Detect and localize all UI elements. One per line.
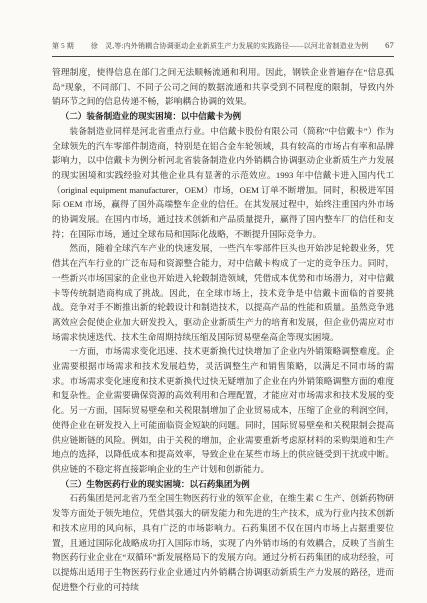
running-title: 徐 灵,等:内外销耦合协调驱动企业新质生产力发展的实践路径——以河北省制造业为例 [88, 41, 371, 51]
body-paragraph: 石药集团是河北省乃至全国生物医药行业的领军企业，在维生素 C 生产、创新药物研发… [52, 491, 394, 594]
page-number: 67 [385, 40, 394, 50]
body-paragraph: 一方面，市场需求变化迅速、技术更新换代过快增加了企业内外销策略调整难度。企业需要… [52, 344, 394, 476]
section-heading-biopharma: （三）生物医药行业的现实困境：以石药集团为例 [52, 477, 394, 492]
section-heading-equipment-manufacturing: （二）装备制造业的现实困境：以中信戴卡为例 [52, 109, 394, 124]
body-paragraph: 装备制造业同样是河北省重点行业。中信戴卡股份有限公司（简称“中信戴卡”）作为全球… [52, 124, 394, 242]
journal-page: 第 5 期 徐 灵,等:内外销耦合协调驱动企业新质生产力发展的实践路径——以河北… [0, 0, 427, 603]
journal-issue-label: 第 5 期 [52, 41, 74, 51]
body-paragraph-continuation: 管理制度，使得信息在部门之间无法顺畅流通和利用。因此，钢铁企业普遍存在“信息孤岛… [52, 65, 394, 109]
body-paragraph: 然而，随着全球汽车产业的快速发展，一些汽车零部件巨头也开始涉足轮毂业务，凭借其在… [52, 241, 394, 344]
page-header: 第 5 期 徐 灵,等:内外销耦合协调驱动企业新质生产力发展的实践路径——以河北… [52, 40, 394, 57]
document-body: 管理制度，使得信息在部门之间无法顺畅流通和利用。因此，钢铁企业普遍存在“信息孤岛… [52, 65, 394, 594]
